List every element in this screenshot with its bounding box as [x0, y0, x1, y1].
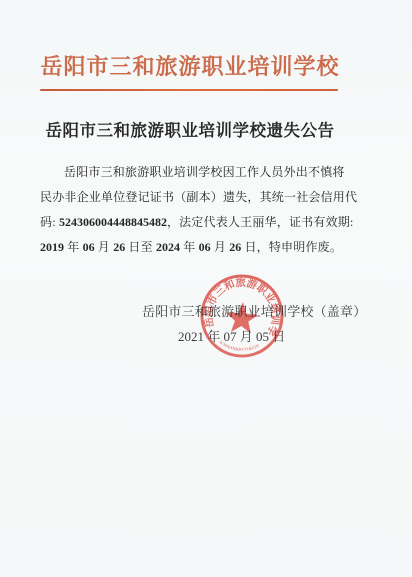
- body-number: 06: [83, 240, 95, 254]
- document-page: 岳阳市三和旅游职业培训学校 岳阳市三和旅游职业培训学校遗失公告 岳阳市三和旅游职…: [0, 0, 412, 577]
- body-text: ，法定代表人王丽华，证书有效期:: [167, 215, 354, 229]
- body-text: 月: [95, 240, 114, 254]
- body-line-4: 2019 年 06 月 26 日至 2024 年 06 月 26 日，特申明作废…: [40, 235, 350, 260]
- body-number: 2019: [40, 240, 64, 254]
- body-text: 日，特申明作废。: [241, 240, 342, 254]
- body-text: 年: [180, 240, 199, 254]
- body-number: 524306004448845482: [59, 215, 167, 229]
- body-text: 年: [64, 240, 83, 254]
- body-number: 2024: [156, 240, 180, 254]
- body-text: 月: [211, 240, 230, 254]
- official-seal-stamp: 岳阳市三和旅游职业培训学校 4306080070650: [189, 263, 296, 370]
- body-text: 民办非企业单位登记证书（副本）遗失，其统一社会信用代: [40, 190, 357, 204]
- body-text: 码:: [40, 215, 59, 229]
- body-number: 06: [199, 240, 211, 254]
- body-number: 26: [113, 240, 125, 254]
- star-icon: [225, 301, 259, 334]
- notice-title: 岳阳市三和旅游职业培训学校遗失公告: [32, 117, 348, 141]
- body-line-2: 民办非企业单位登记证书（副本）遗失，其统一社会信用代: [40, 185, 350, 210]
- body-line-1: 岳阳市三和旅游职业培训学校因工作人员外出不慎将: [40, 160, 350, 185]
- body-line-3: 码: 524306004448845482，法定代表人王丽华，证书有效期:: [40, 210, 350, 235]
- page-title: 岳阳市三和旅游职业培训学校: [32, 50, 348, 81]
- body-text: 日至: [125, 240, 156, 254]
- title-divider-line: [40, 89, 338, 91]
- body-text: 岳阳市三和旅游职业培训学校因工作人员外出不慎将: [64, 165, 345, 179]
- notice-body: 岳阳市三和旅游职业培训学校因工作人员外出不慎将 民办非企业单位登记证书（副本）遗…: [40, 160, 350, 260]
- body-number: 26: [229, 240, 241, 254]
